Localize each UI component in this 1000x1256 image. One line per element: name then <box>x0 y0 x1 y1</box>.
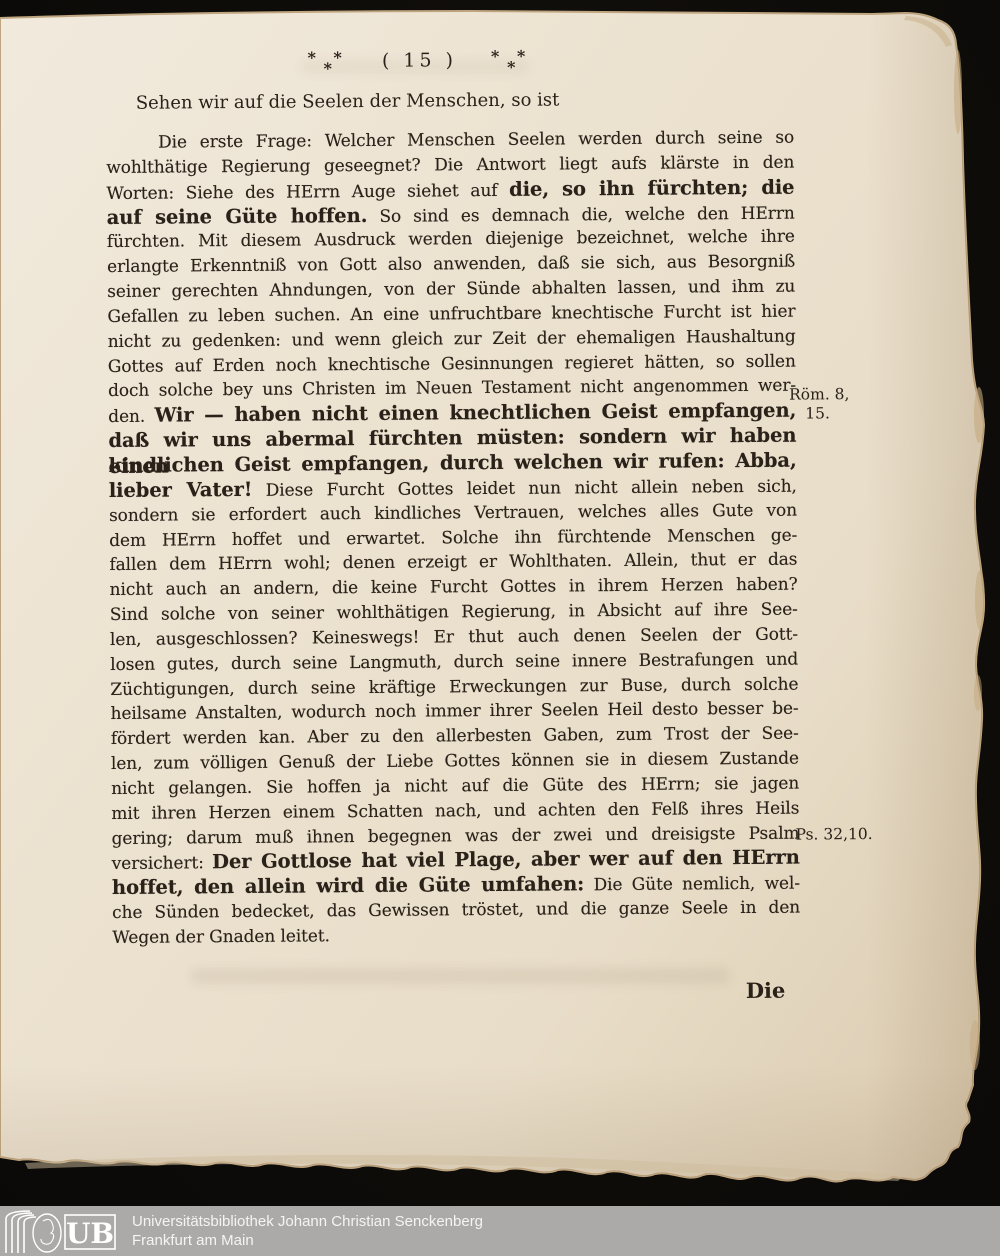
header-ornament-right: * * * <box>491 49 531 72</box>
body-text: erlangte Erkenntniß von Gott also anwend… <box>107 252 795 277</box>
library-city: Frankfurt am Main <box>132 1231 483 1250</box>
emphasized-text: die, so ihn fürchten; die <box>509 175 795 200</box>
emphasized-text: kindlichen Geist empfangen, durch welche… <box>109 449 797 477</box>
body-text: Züchtigungen, durch seine kräftige Erwec… <box>110 674 798 699</box>
body-text: losen gutes, durch seine Langmuth, durch… <box>110 649 798 674</box>
body-text: Die erste Frage: Welcher Menschen Seelen… <box>158 128 794 153</box>
body-text: seiner gerechten Ahndungen, von der Sünd… <box>107 277 795 302</box>
body-text: doch solche bey uns Christen im Neuen Te… <box>108 376 796 401</box>
catchword: Die <box>746 978 786 1003</box>
portrait-profile <box>41 1219 54 1244</box>
body-text: nicht auch an andern, die keine Furcht G… <box>110 575 798 600</box>
library-name: Universitätsbibliothek Johann Christian … <box>132 1212 483 1231</box>
body-text: Wegen der Gnaden leitet. <box>112 926 330 948</box>
body-text: Die Güte nemlich, wel- <box>584 874 800 896</box>
body-text: fallen dem HErrn wohl; denen erzeigt er … <box>109 550 797 575</box>
library-footer-bar: UB Universitätsbibliothek Johann Christi… <box>0 1206 1000 1256</box>
scanned-book-page-photo: * * * ( 15 ) * * * Sehen wir auf die See… <box>0 0 1000 1256</box>
body-text: che Sünden bedecket, das Gewissen tröste… <box>112 898 800 923</box>
header-ornament-left: * * * <box>308 50 348 73</box>
body-text: nicht gelangen. Sie hoffen ja nicht auf … <box>111 774 799 799</box>
emphasized-text: auf seine Güte hoffen. <box>107 203 368 228</box>
body-text: len, ausgeschlossen? Keineswegs! Er thut… <box>110 624 798 649</box>
body-text: Gottes auf Erden noch knechtische Gesinn… <box>108 351 796 376</box>
margin-note-text: Röm. 8, <box>789 385 849 403</box>
body-text: heilsame Anstalten, wodurch noch immer i… <box>111 699 799 724</box>
body-text: den. <box>108 407 154 427</box>
body-text: fördert werden kan. Aber zu den allerbes… <box>111 724 799 749</box>
body-text: versichert: <box>112 854 213 875</box>
logo-text: UB <box>66 1217 114 1250</box>
body-text: Diese Furcht Gottes leidet nun nicht all… <box>252 476 797 500</box>
margin-note-text: 15. <box>805 404 830 422</box>
body-text: So sind es demnach die, welche den HErrn <box>367 203 794 226</box>
opening-line: Sehen wir auf die Seelen der Menschen, s… <box>136 89 560 113</box>
body-text: mit ihren Herzen einem Schatten nach, un… <box>111 798 799 823</box>
margin-note-psalm: Ps. 32,10. <box>795 825 872 845</box>
body-text: fürchten. Mit diesem Ausdruck werden die… <box>107 227 795 252</box>
printed-text-layer: * * * ( 15 ) * * * Sehen wir auf die See… <box>106 126 801 1031</box>
body-text-block: Die erste Frage: Welcher Menschen Seelen… <box>106 126 800 951</box>
body-text: gering; darum muß ihnen begegnen was der… <box>111 823 799 848</box>
ub-library-logo: UB <box>2 1207 120 1255</box>
page-number: ( 15 ) <box>382 49 457 72</box>
ornament-asterisk: * <box>324 64 332 73</box>
emphasized-text: Wir — haben nicht einen knechtlichen Gei… <box>154 399 796 427</box>
body-text: Worten: Siehe des HErrn Auge siehet auf <box>106 181 509 204</box>
body-text: wohlthätige Regierung geseegnet? Die Ant… <box>106 152 794 177</box>
body-text: dem HErrn hoffet und erwartet. Solche ih… <box>109 525 797 550</box>
ornament-asterisk: * <box>507 63 515 72</box>
text-line: Wegen der Gnaden leitet. <box>112 921 800 951</box>
emphasized-text: lieber Vater! <box>109 478 253 502</box>
emphasized-text: hoffet, den allein wird die Güte umfahen… <box>112 873 584 900</box>
body-text: sondern sie erfordert auch kindliches Ve… <box>109 500 797 525</box>
emphasized-text: Der Gottlose hat viel Plage, aber wer au… <box>212 846 800 874</box>
body-text: nicht zu gedenken: und wenn gleich zur Z… <box>108 326 796 351</box>
library-name-block: Universitätsbibliothek Johann Christian … <box>132 1212 483 1250</box>
body-text: Sind solche von seiner wohlthätigen Regi… <box>110 600 798 625</box>
body-text: Gefallen zu leben suchen. An eine unfruc… <box>107 301 795 326</box>
margin-note-romans: Röm. 8, 15. <box>789 385 850 423</box>
body-text: len, zum völligen Genuß der Liebe Gottes… <box>111 749 799 774</box>
